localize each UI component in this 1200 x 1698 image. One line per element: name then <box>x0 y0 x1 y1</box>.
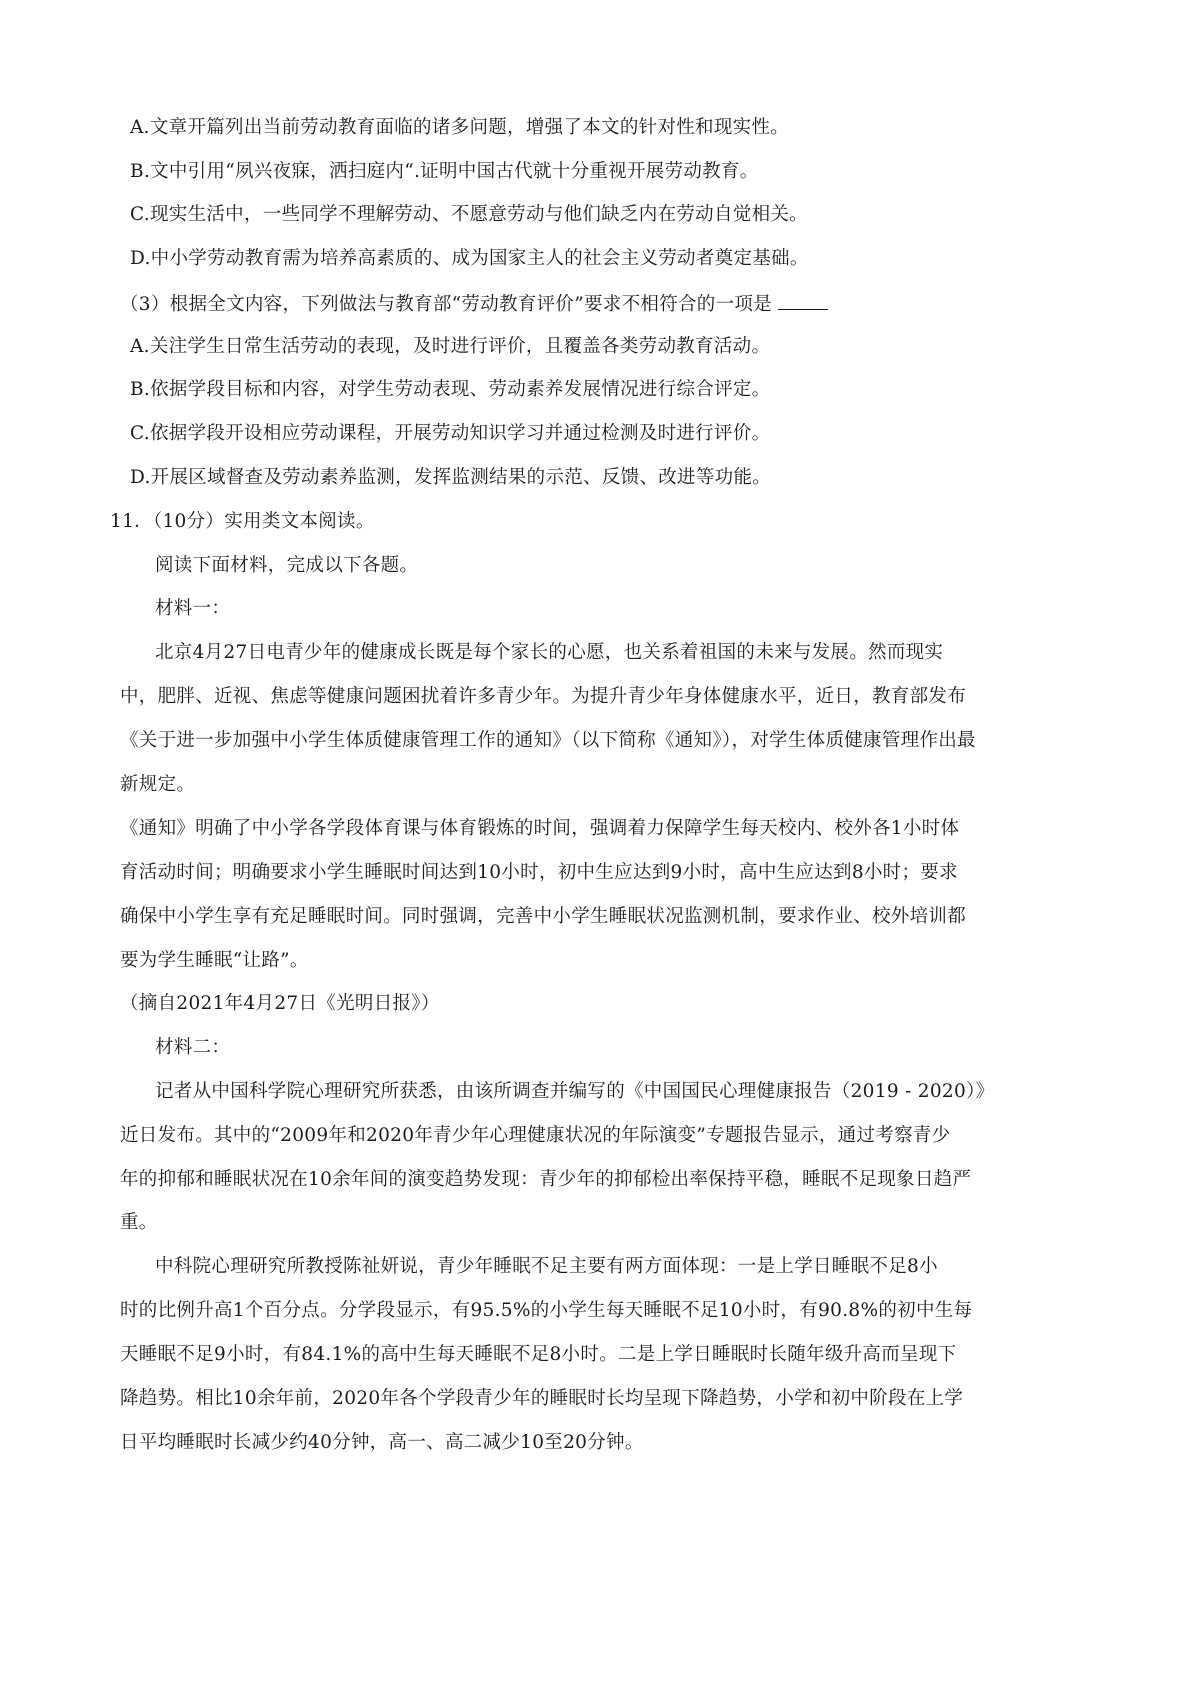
q2-option-b: B.文中引用“夙兴夜寐，洒扫庭内“.证明中国古代就十分重视开展劳动教育。 <box>130 160 759 184</box>
q3-option-c: C.依据学段开设相应劳动课程，开展劳动知识学习并通过检测及时进行评价。 <box>130 422 770 446</box>
material2-p2-line5: 日平均睡眠时长减少约40分钟，高一、高二减少10至20分钟。 <box>120 1431 644 1455</box>
q11-heading: 11．（10分）实用类文本阅读。 <box>110 510 375 534</box>
material2-p1-line4: 重。 <box>120 1211 158 1235</box>
material2-p1-line1: 记者从中国科学院心理研究所获悉，由该所调查并编写的《中国国民心理健康报告（201… <box>155 1080 994 1104</box>
material1-p1-line3: 《关于进一步加强中小学生体质健康管理工作的通知》（以下简称《通知》），对学生体质… <box>120 729 976 753</box>
material1-p2-line1: 《通知》明确了中小学各学段体育课与体育锻炼的时间，强调着力保障学生每天校内、校外… <box>120 817 959 841</box>
q3-option-a: A.关注学生日常生活劳动的表现，及时进行评价，且覆盖各类劳动教育活动。 <box>130 335 770 359</box>
material1-p2-line4: 要为学生睡眠“让路”。 <box>120 949 309 973</box>
material1-p2-line2: 育活动时间；明确要求小学生睡眠时间达到10小时，初中生应达到9小时，高中生应达到… <box>120 861 958 885</box>
material1-label: 材料一： <box>155 597 230 621</box>
q3-option-b: B.依据学段目标和内容，对学生劳动表现、劳动素养发展情况进行综合评定。 <box>130 378 770 402</box>
material1-p1-line2: 中，肥胖、近视、焦虑等健康问题困扰着许多青少年。为提升青少年身体健康水平，近日，… <box>120 685 966 709</box>
material2-p1-line2: 近日发布。其中的“2009年和2020年青少年心理健康状况的年际演变”专题报告显… <box>120 1124 950 1148</box>
q3-option-d: D.开展区域督查及劳动素养监测，发挥监测结果的示范、反馈、改进等功能。 <box>130 466 771 490</box>
q3-stem: （3）根据全文内容，下列做法与教育部“劳动教育评价”要求不相符合的一项是 <box>120 291 828 317</box>
material2-p2-line4: 降趋势。相比10余年前，2020年各个学段青少年的睡眠时长均呈现下降趋势，小学和… <box>120 1387 963 1411</box>
material2-label: 材料二： <box>155 1036 230 1060</box>
q2-option-a: A.文章开篇列出当前劳动教育面临的诸多问题，增强了本文的针对性和现实性。 <box>130 116 789 140</box>
material1-source: （摘自2021年4月27日《光明日报》） <box>120 992 440 1016</box>
material2-p2-line1: 中科院心理研究所教授陈祉妍说，青少年睡眠不足主要有两方面体现：一是上学日睡眠不足… <box>155 1255 938 1279</box>
material2-p2-line3: 天睡眠不足9小时，有84.1%的高中生每天睡眠不足8小时。二是上学日睡眠时长随年… <box>120 1343 956 1367</box>
answer-blank[interactable] <box>778 291 828 310</box>
q11-instruction: 阅读下面材料，完成以下各题。 <box>155 554 418 578</box>
q3-stem-text: （3）根据全文内容，下列做法与教育部“劳动教育评价”要求不相符合的一项是 <box>120 294 772 315</box>
document-page: A.文章开篇列出当前劳动教育面临的诸多问题，增强了本文的针对性和现实性。 B.文… <box>0 0 1200 1698</box>
q2-option-c: C.现实生活中，一些同学不理解劳动、不愿意劳动与他们缺乏内在劳动自觉相关。 <box>130 203 808 227</box>
material2-p1-line3: 年的抑郁和睡眠状况在10余年间的演变趋势发现：青少年的抑郁检出率保持平稳，睡眠不… <box>120 1168 971 1192</box>
q2-option-d: D.中小学劳动教育需为培养高素质的、成为国家主人的社会主义劳动者奠定基础。 <box>130 247 809 271</box>
material2-p2-line2: 时的比例升高1个百分点。分学段显示，有95.5%的小学生每天睡眠不足10小时，有… <box>120 1299 972 1323</box>
material1-p2-line3: 确保中小学生享有充足睡眠时间。同时强调，完善中小学生睡眠状况监测机制，要求作业、… <box>120 905 966 929</box>
material1-p1-line4: 新规定。 <box>120 773 195 797</box>
material1-p1-line1: 北京4月27日电青少年的健康成长既是每个家长的心愿，也关系着祖国的未来与发展。然… <box>155 641 943 665</box>
